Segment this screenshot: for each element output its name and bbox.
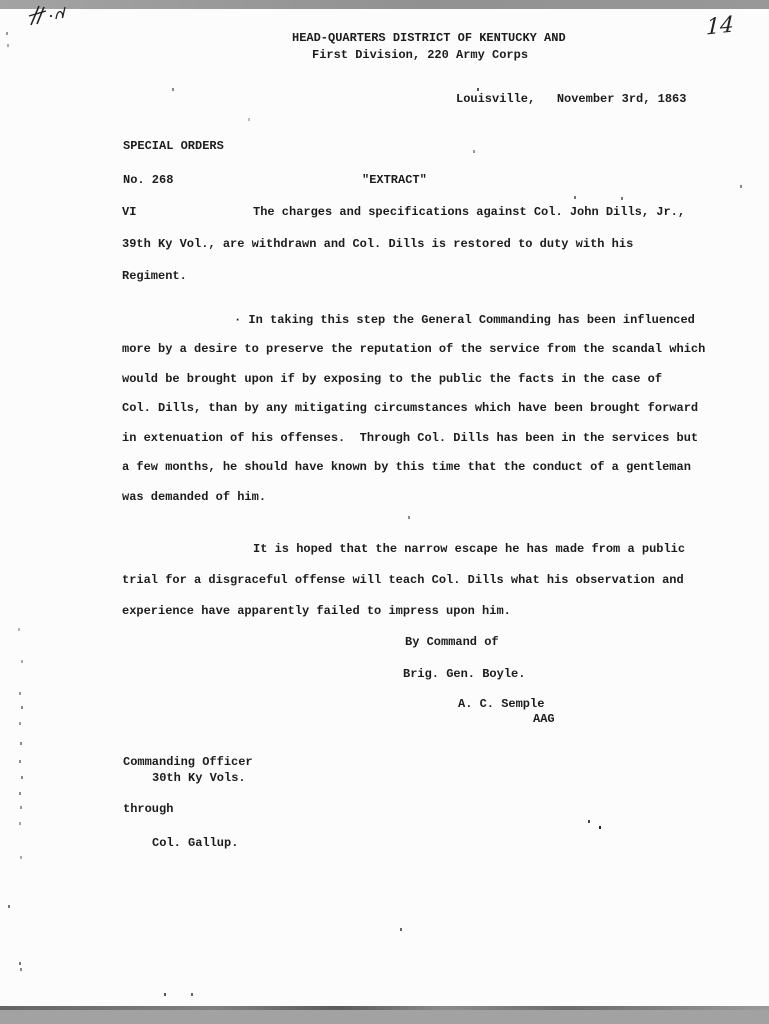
scanner-edge-top: [0, 0, 769, 9]
paragraph3-line: trial for a disgraceful offense will tea…: [122, 574, 684, 588]
header-line-1: HEAD-QUARTERS DISTRICT OF KENTUCKY AND: [292, 32, 566, 46]
addressee-officer: Col. Gallup.: [152, 837, 238, 851]
paragraph2-line: Col. Dills, than by any mitigating circu…: [122, 402, 698, 416]
signature-title: AAG: [533, 713, 555, 727]
paragraph2-line: a few months, he should have known by th…: [122, 461, 691, 475]
paragraph2-line: would be brought upon if by exposing to …: [122, 373, 662, 387]
paragraph2-line: in extenuation of his offenses. Through …: [122, 432, 698, 446]
scanned-document-page: 14 HEAD-QUARTERS DISTRICT OF KENTUCKY AN…: [0, 0, 769, 1024]
handwritten-page-number: 14: [706, 12, 735, 40]
dateline: Louisville, November 3rd, 1863: [456, 93, 686, 107]
commanding-general-line: Brig. Gen. Boyle.: [403, 668, 525, 682]
paragraph3-line: It is hoped that the narrow escape he ha…: [253, 543, 685, 557]
paragraph1-line: 39th Ky Vol., are withdrawn and Col. Dil…: [122, 238, 633, 252]
by-command-line: By Command of: [405, 636, 499, 650]
signature-name: A. C. Semple: [458, 698, 544, 712]
scanner-edge-bottom: [0, 1010, 769, 1024]
special-orders-title: SPECIAL ORDERS: [123, 140, 224, 154]
handwritten-scribble: [24, 3, 68, 29]
extract-label: "EXTRACT": [362, 174, 427, 188]
ink-specks: [0, 0, 2, 3]
addressee-through: through: [123, 803, 173, 817]
order-number: No. 268: [123, 174, 173, 188]
addressee-line-2: 30th Ky Vols.: [152, 772, 246, 786]
paragraph2-line: · In taking this step the General Comman…: [234, 314, 695, 328]
header-line-2: First Division, 220 Army Corps: [312, 49, 528, 63]
paragraph2-line: more by a desire to preserve the reputat…: [122, 343, 705, 357]
paragraph3-line: experience have apparently failed to imp…: [122, 605, 511, 619]
paragraph2-line: was demanded of him.: [122, 491, 266, 505]
paragraph1-line: Regiment.: [122, 270, 187, 284]
paragraph1-line: The charges and specifications against C…: [253, 206, 685, 220]
addressee-line-1: Commanding Officer: [123, 756, 253, 770]
section-numeral: VI: [122, 206, 136, 220]
